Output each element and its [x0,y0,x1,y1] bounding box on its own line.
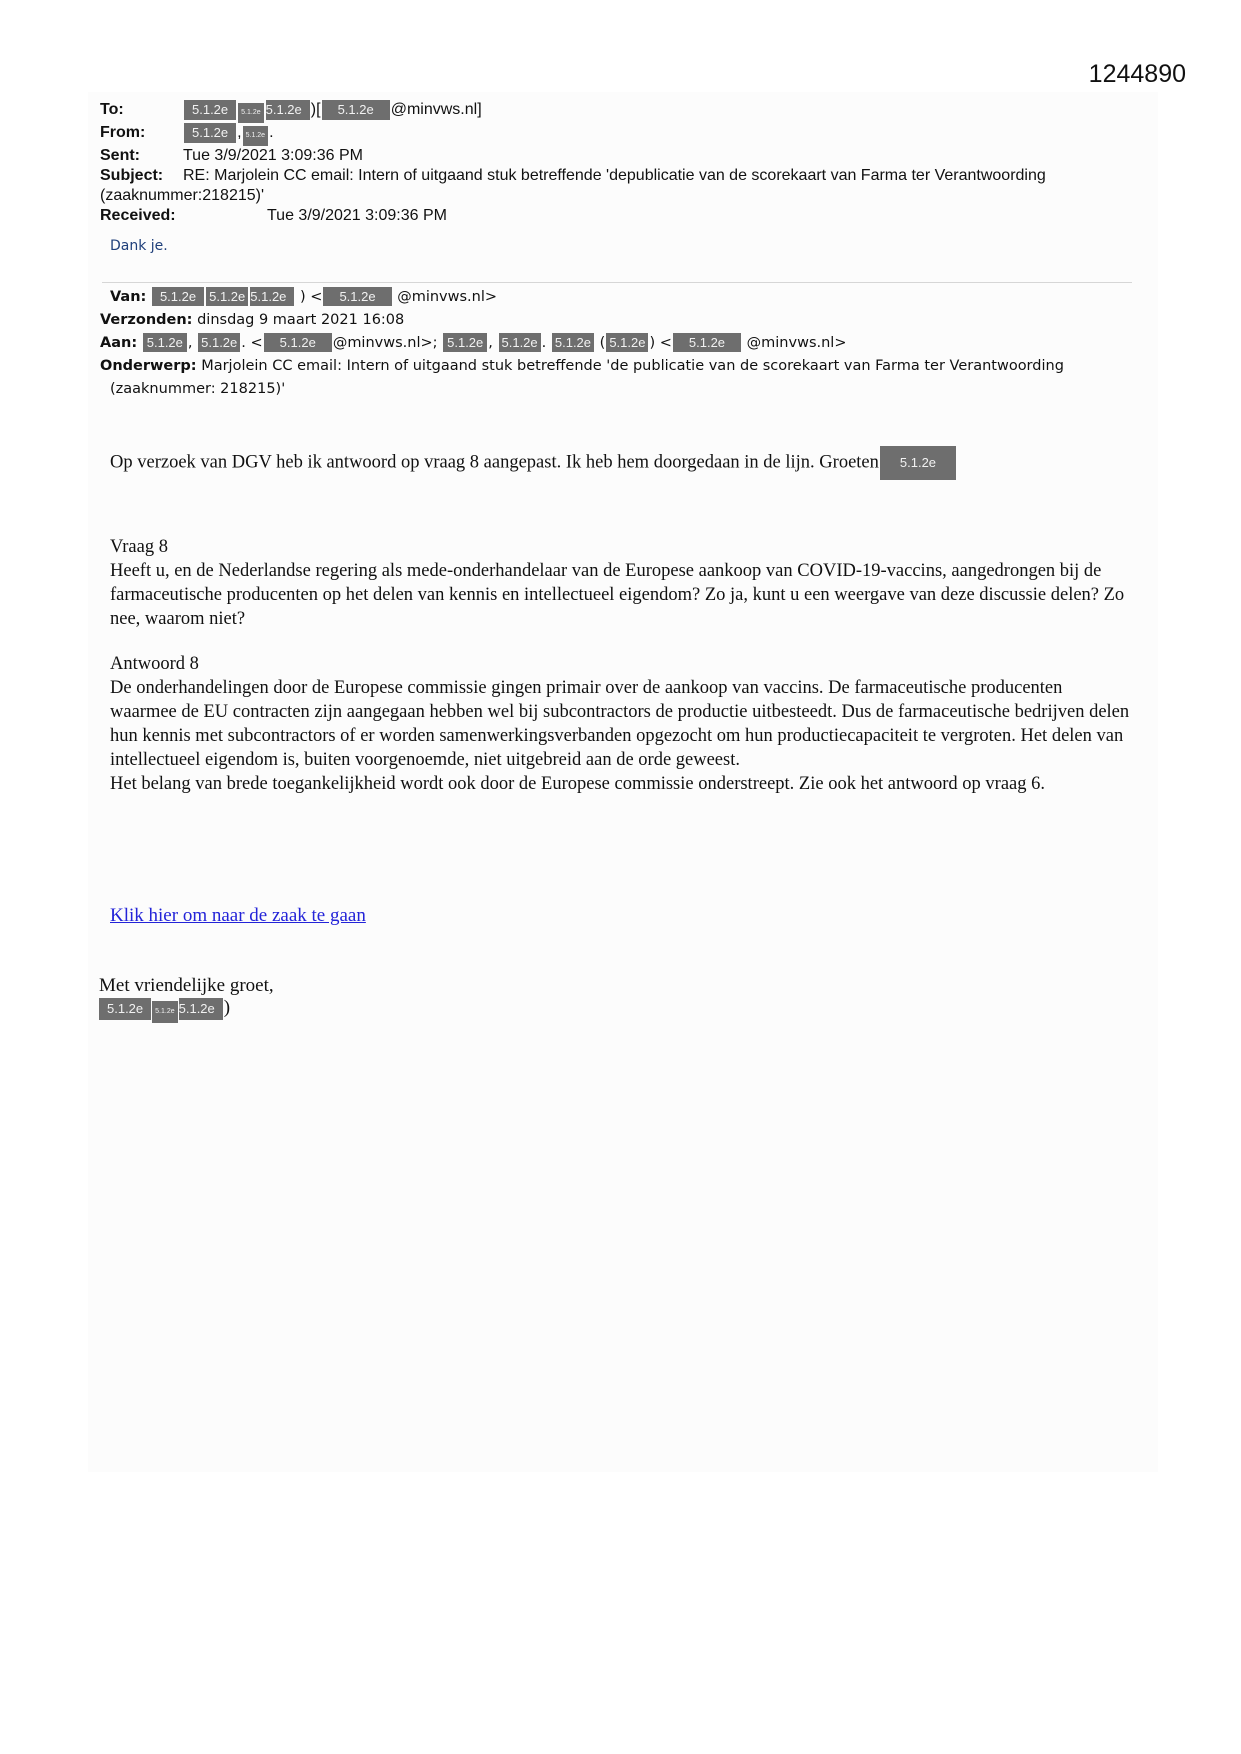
redaction-box: 5.1.2e [552,333,594,352]
received-row: Received: Tue 3/9/2021 3:09:36 PM [100,206,1150,226]
subject-label: Subject: [100,166,183,186]
redaction-box: 5.1.2e [322,100,390,120]
question-title: Vraag 8 [110,535,1130,559]
intro-paragraph: Op verzoek van DGV heb ik antwoord op vr… [110,446,1130,480]
forwarded-email-header: Van: 5.1.2e5.1.2e5.1.2e ) <5.1.2e @minvw… [100,286,1160,401]
received-value: Tue 3/9/2021 3:09:36 PM [267,206,447,226]
divider [102,282,1132,283]
redaction-box: 5.1.2e [880,446,956,480]
question-section: Vraag 8 Heeft u, en de Nederlandse reger… [110,535,1130,631]
redaction-box: 5.1.2e [238,103,263,123]
document-number: 1244890 [1089,60,1186,89]
onderwerp-value: Marjolein CC email: Intern of uitgaand s… [201,358,1064,374]
subject-continuation: (zaaknummer:218215)' [100,186,1150,206]
sent-row: Sent: Tue 3/9/2021 3:09:36 PM [100,146,1150,166]
closing-greeting: Met vriendelijke groet, [99,975,274,997]
redaction-box: 5.1.2e [198,333,240,352]
redaction-box: 5.1.2e [443,333,487,352]
reply-text: Dank je. [110,238,168,254]
subject-row: Subject: RE: Marjolein CC email: Intern … [100,166,1150,186]
redaction-box: 5.1.2e [673,333,741,352]
onderwerp-continuation: (zaaknummer: 218215)' [100,378,1160,401]
answer-text: De onderhandelingen door de Europese com… [110,676,1130,772]
aan-row: Aan: 5.1.2e, 5.1.2e. <5.1.2e@minvws.nl>;… [100,332,1160,355]
subject-value: RE: Marjolein CC email: Intern of uitgaa… [183,166,1046,186]
signature: 5.1.2e5.1.2e5.1.2e) [99,997,274,1023]
sent-label: Sent: [100,146,183,166]
to-row: To: 5.1.2e5.1.2e5.1.2e)[5.1.2e@minvws.nl… [100,100,1150,123]
redaction-box: 5.1.2e [606,333,648,352]
onderwerp-label: Onderwerp: [100,358,197,374]
received-label: Received: [100,206,267,226]
redaction-box: 5.1.2e [266,100,310,120]
redaction-box: 5.1.2e [99,998,151,1020]
redaction-box: 5.1.2e [499,333,541,352]
verzonden-value: dinsdag 9 maart 2021 16:08 [197,312,404,328]
redaction-box: 5.1.2e [143,333,187,352]
redaction-box: 5.1.2e [206,287,248,306]
verzonden-row: Verzonden: dinsdag 9 maart 2021 16:08 [100,309,1160,332]
redaction-box: 5.1.2e [179,998,223,1020]
closing: Met vriendelijke groet, 5.1.2e5.1.2e5.1.… [99,975,274,1023]
redaction-box: 5.1.2e [250,287,294,306]
case-link[interactable]: Klik hier om naar de zaak te gaan [110,905,366,927]
answer-section: Antwoord 8 De onderhandelingen door de E… [110,652,1130,796]
redaction-box: 5.1.2e [152,1001,177,1023]
redaction-box: 5.1.2e [264,333,332,352]
to-label: To: [100,100,183,123]
van-label: Van: [110,289,146,305]
aan-label: Aan: [100,335,137,351]
redaction-box: 5.1.2e [243,126,268,146]
redaction-box: 5.1.2e [184,123,236,143]
redaction-box: 5.1.2e [323,287,391,306]
to-value: 5.1.2e5.1.2e5.1.2e)[5.1.2e@minvws.nl] [183,100,482,123]
answer-text-2: Het belang van brede toegankelijkheid wo… [110,772,1130,796]
from-label: From: [100,123,183,146]
answer-title: Antwoord 8 [110,652,1130,676]
question-text: Heeft u, en de Nederlandse regering als … [110,559,1130,631]
onderwerp-row: Onderwerp: Marjolein CC email: Intern of… [100,355,1160,378]
sent-value: Tue 3/9/2021 3:09:36 PM [183,146,363,166]
outer-email-header: To: 5.1.2e5.1.2e5.1.2e)[5.1.2e@minvws.nl… [100,100,1150,226]
redaction-box: 5.1.2e [152,287,204,306]
verzonden-label: Verzonden: [100,312,192,328]
van-row: Van: 5.1.2e5.1.2e5.1.2e ) <5.1.2e @minvw… [100,286,1160,309]
from-value: 5.1.2e,5.1.2e. [183,123,274,146]
from-row: From: 5.1.2e,5.1.2e. [100,123,1150,146]
redaction-box: 5.1.2e [184,100,236,120]
